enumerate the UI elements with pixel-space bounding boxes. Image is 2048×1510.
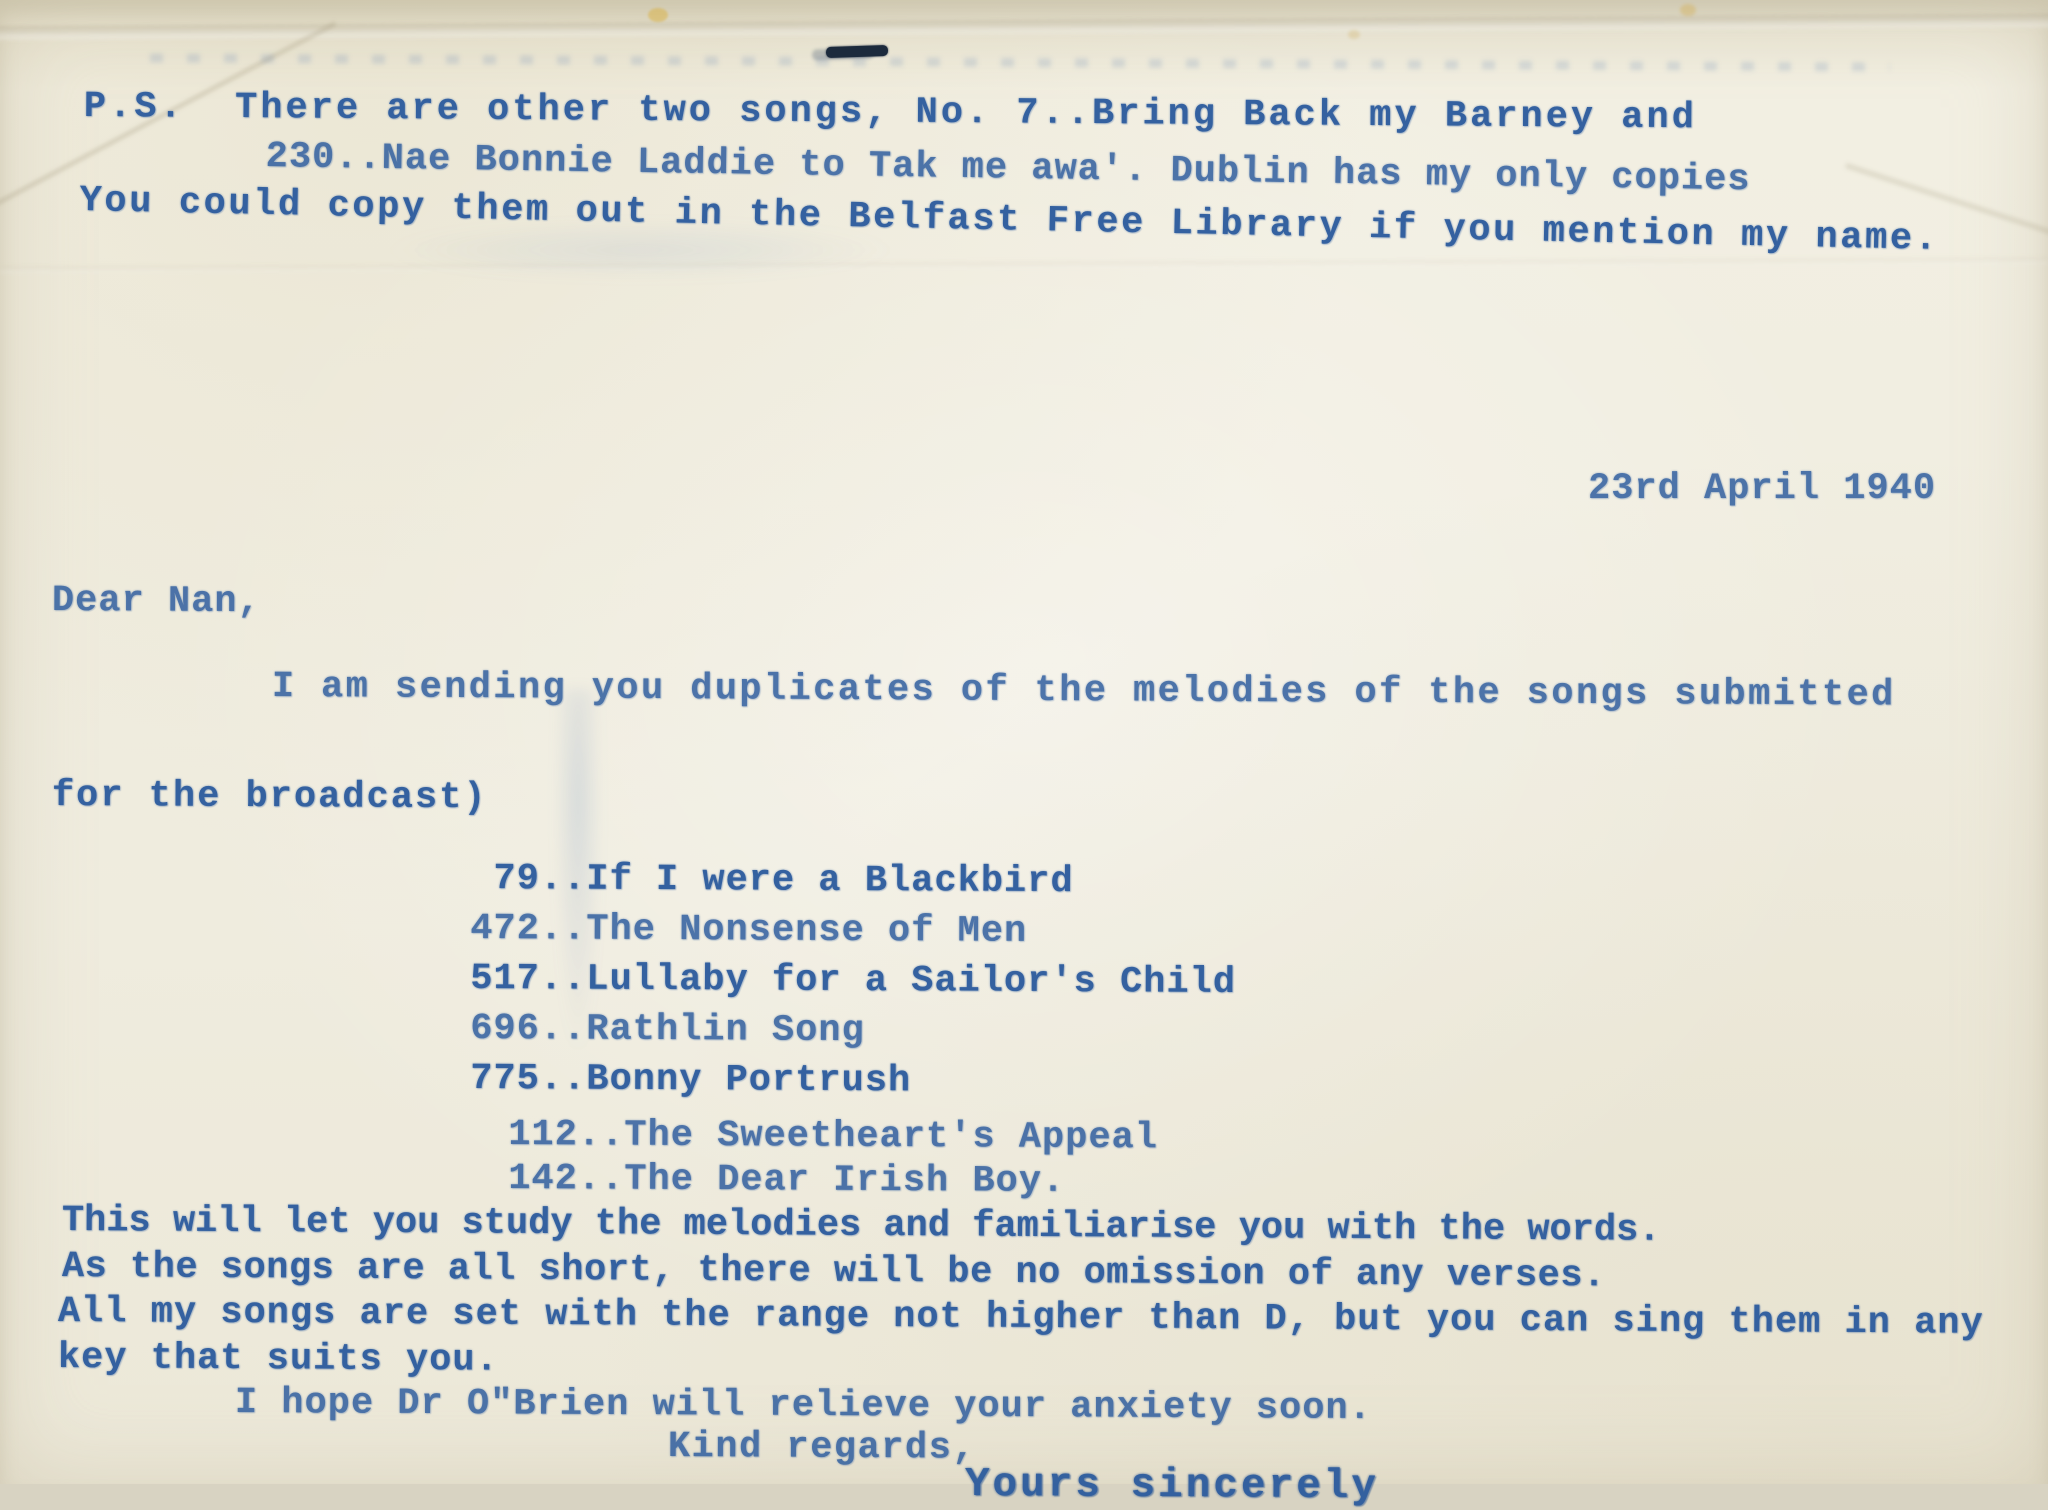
song-title: The Nonsense of Men — [586, 909, 1027, 953]
song-title: Rathlin Song — [586, 1009, 865, 1052]
body-line-1: This will let you study the melodies and… — [62, 1200, 1661, 1252]
stain-yellow-3 — [1348, 30, 1360, 39]
song-separator: .. — [540, 858, 587, 900]
hope-line: I hope Dr O"Brien will relieve your anxi… — [235, 1382, 1372, 1430]
regards-line: Kind regards, — [668, 1426, 976, 1470]
song-number: 517 — [470, 958, 540, 1000]
date-line: 23rd April 1940 — [1588, 468, 1936, 510]
ghost-print-band — [150, 53, 1890, 71]
body-line-3: All my songs are set with the range not … — [58, 1291, 1984, 1345]
song-separator: .. — [540, 908, 587, 950]
body-line-2: As the songs are all short, there will b… — [62, 1246, 1606, 1297]
song-number: 79 — [470, 858, 540, 900]
song-row: 472..The Nonsense of Men — [470, 908, 1028, 953]
song-row: 112..The Sweetheart's Appeal — [508, 1114, 1158, 1159]
song-number: 112 — [508, 1114, 578, 1156]
song-title: If I were a Blackbird — [586, 859, 1073, 904]
song-separator: .. — [578, 1114, 625, 1156]
song-row: 696..Rathlin Song — [470, 1008, 865, 1052]
signoff-line: Yours sincerely — [965, 1462, 1379, 1484]
song-row: 517..Lullaby for a Sailor's Child — [470, 958, 1236, 1004]
intro-line-1: I am sending you duplicates of the melod… — [272, 666, 1896, 717]
paper-crease-mid — [0, 258, 2048, 273]
song-title: Bonny Portrush — [586, 1059, 911, 1103]
song-row: 142..The Dear Irish Boy. — [508, 1158, 1066, 1203]
song-number: 775 — [470, 1058, 540, 1100]
song-number: 472 — [470, 908, 540, 950]
stain-yellow-1 — [648, 8, 668, 22]
song-title: Lullaby for a Sailor's Child — [586, 959, 1236, 1004]
stain-yellow-2 — [1680, 4, 1696, 16]
song-title: The Dear Irish Boy. — [624, 1159, 1065, 1203]
song-separator: .. — [540, 958, 587, 1000]
song-row: 775..Bonny Portrush — [470, 1058, 911, 1102]
paper-crease-top — [0, 14, 2048, 40]
song-number: 142 — [508, 1158, 578, 1200]
song-title: The Sweetheart's Appeal — [624, 1115, 1158, 1160]
paper-background: P.S. There are other two songs, No. 7..B… — [0, 0, 2048, 1484]
body-line-4: key that suits you. — [58, 1337, 499, 1382]
intro-line-2: for the broadcast) — [52, 775, 488, 819]
song-number: 696 — [470, 1008, 540, 1050]
salutation: Dear Nan, — [52, 580, 261, 623]
song-separator: .. — [540, 1008, 587, 1050]
song-separator: .. — [540, 1058, 587, 1100]
ps-line-1: P.S. There are other two songs, No. 7..B… — [84, 86, 1697, 139]
ink-mark — [826, 45, 888, 58]
song-separator: .. — [578, 1158, 625, 1200]
song-row: 79..If I were a Blackbird — [470, 858, 1074, 903]
